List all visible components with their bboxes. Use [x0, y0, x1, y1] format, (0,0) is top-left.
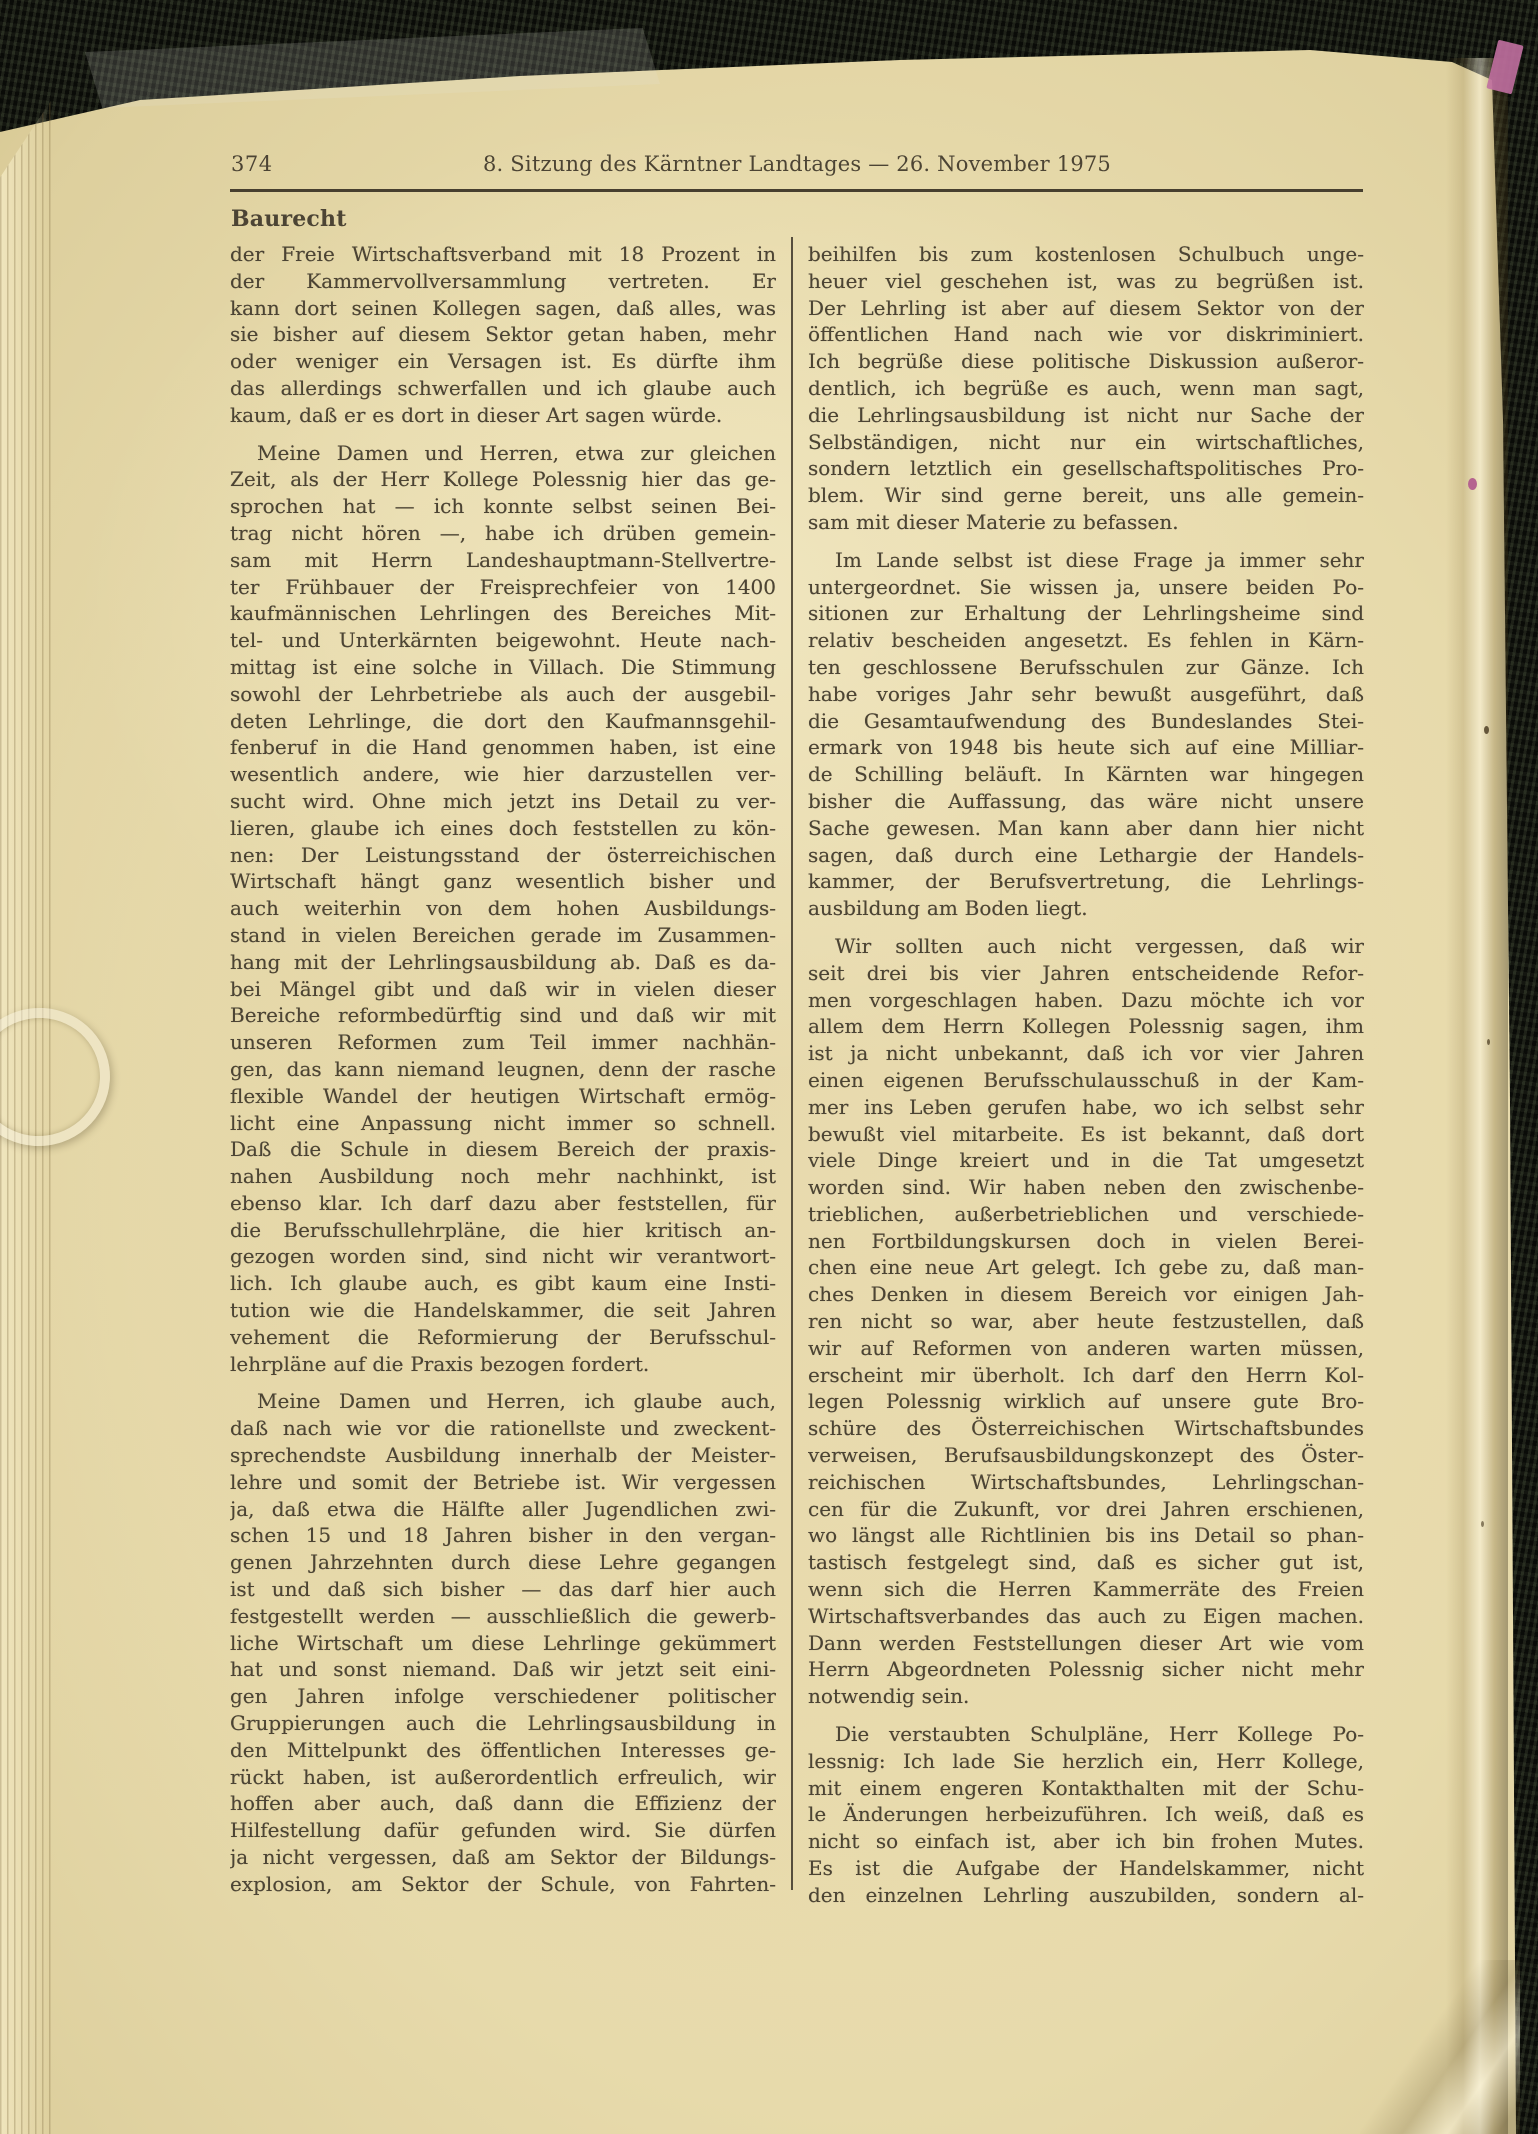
text-line: kann dort seinen Kollegen sagen, daß all… [230, 295, 776, 322]
text-line: mit einem engeren Kontakthalten mit der … [808, 1775, 1364, 1802]
text-line: le Änderungen herbeizuführen. Ich weiß, … [808, 1801, 1364, 1828]
text-line: hat und sonst niemand. Daß wir jetzt sei… [230, 1656, 776, 1683]
text-line: ches Denken in diesem Bereich vor einige… [808, 1281, 1364, 1308]
text-line: Wirtschaftsverbandes das auch zu Eigen m… [808, 1603, 1364, 1630]
text-line: schüre des Österreichischen Wirtschaftsb… [808, 1415, 1364, 1442]
text-line: legen Polessnig wirklich auf unsere gute… [808, 1388, 1364, 1415]
text-line: Meine Damen und Herren, etwa zur gleiche… [230, 440, 776, 467]
text-line: mittag ist eine solche in Villach. Die S… [230, 654, 776, 681]
text-line: nen Fortbildungskursen doch in vielen Be… [808, 1228, 1364, 1255]
text-line: sagen, daß durch eine Lethargie der Hand… [808, 842, 1364, 869]
text-line: seit drei bis vier Jahren entscheidende … [808, 960, 1364, 987]
text-line: dentlich, ich begrüße es auch, wenn man … [808, 375, 1364, 402]
text-line: daß nach wie vor die rationellste und zw… [230, 1415, 776, 1442]
text-line: vehement die Reformierung der Berufsschu… [230, 1324, 776, 1351]
text-line: lessnig: Ich lade Sie herzlich ein, Herr… [808, 1748, 1364, 1775]
text-line: chen eine neue Art gelegt. Ich gebe zu, … [808, 1254, 1364, 1281]
text-line: tel- und Unterkärnten beigewohnt. Heute … [230, 627, 776, 654]
text-line: das allerdings schwerfallen und ich glau… [230, 375, 776, 402]
text-line: Es ist die Aufgabe der Handelskammer, ni… [808, 1855, 1364, 1882]
text-line: beihilfen bis zum kostenlosen Schulbuch … [808, 241, 1364, 268]
text-line: lehrpläne auf die Praxis bezogen fordert… [230, 1351, 776, 1378]
text-line: Dann werden Feststellungen dieser Art wi… [808, 1630, 1364, 1657]
text-line: lehre und somit der Betriebe ist. Wir ve… [230, 1469, 776, 1496]
text-line: ausbildung am Boden liegt. [808, 895, 1364, 922]
text-line: trag nicht hören —, habe ich drüben geme… [230, 520, 776, 547]
text-line: ren nicht so war, aber heute festzustell… [808, 1308, 1364, 1335]
page-number: 374 [231, 152, 273, 176]
text-line: liche Wirtschaft um diese Lehrlinge gekü… [230, 1630, 776, 1657]
paragraph: Wir sollten auch nicht vergessen, daß wi… [808, 933, 1364, 1710]
text-line: nen: Der Leistungsstand der österreichis… [230, 842, 776, 869]
text-line: allem dem Herrn Kollegen Polessnig sagen… [808, 1013, 1364, 1040]
text-line: gezogen worden sind, sind nicht wir vera… [230, 1243, 776, 1270]
text-line: stand in vielen Bereichen gerade im Zusa… [230, 922, 776, 949]
text-line: gen Jahren infolge verschiedener politis… [230, 1683, 776, 1710]
text-line: erscheint mir überholt. Ich darf den Her… [808, 1362, 1364, 1389]
text-line: fenberuf in die Hand genommen haben, ist… [230, 734, 776, 761]
text-line: schen 15 und 18 Jahren bisher in den ver… [230, 1522, 776, 1549]
text-line: verweisen, Berufsausbildungskonzept des … [808, 1442, 1364, 1469]
text-line: den einzelnen Lehrling auszubilden, sond… [808, 1882, 1364, 1909]
text-line: Der Lehrling ist aber auf diesem Sektor … [808, 295, 1364, 322]
text-line: heuer viel geschehen ist, was zu begrüße… [808, 268, 1364, 295]
text-line: de Schilling beläuft. In Kärnten war hin… [808, 761, 1364, 788]
text-line: Meine Damen und Herren, ich glaube auch, [230, 1388, 776, 1415]
text-line: tastisch festgelegt sind, daß es sicher … [808, 1549, 1364, 1576]
text-line: die Lehrlingsausbildung ist nicht nur Sa… [808, 402, 1364, 429]
text-line: Wirtschaft hängt ganz wesentlich bisher … [230, 868, 776, 895]
text-line: kammer, der Berufsvertretung, die Lehrli… [808, 868, 1364, 895]
text-line: explosion, am Sektor der Schule, von Fah… [230, 1871, 776, 1898]
text-line: nicht so einfach ist, aber ich bin frohe… [808, 1828, 1364, 1855]
section-title: Baurecht [231, 206, 347, 232]
paragraph: beihilfen bis zum kostenlosen Schulbuch … [808, 241, 1364, 536]
text-line: Im Lande selbst ist diese Frage ja immer… [808, 547, 1364, 574]
text-line: festgestellt werden — ausschließlich die… [230, 1603, 776, 1630]
text-line: Zeit, als der Herr Kollege Polessnig hie… [230, 466, 776, 493]
text-line: unseren Reformen zum Teil immer nachhän- [230, 1029, 776, 1056]
text-line: sprochen hat — ich konnte selbst seinen … [230, 493, 776, 520]
text-line: wenn sich die Herren Kammerräte des Frei… [808, 1576, 1364, 1603]
text-line: bisher die Auffassung, das wäre nicht un… [808, 788, 1364, 815]
printed-content: 8. Sitzung des Kärntner Landtages — 26. … [0, 0, 1538, 2134]
text-line: ja nicht vergessen, daß am Sektor der Bi… [230, 1844, 776, 1871]
text-line: wesentlich andere, wie hier darzustellen… [230, 761, 776, 788]
text-line: Gruppierungen auch die Lehrlingsausbildu… [230, 1710, 776, 1737]
text-line: Sache gewesen. Man kann aber dann hier n… [808, 815, 1364, 842]
text-line: sprechendste Ausbildung innerhalb der Me… [230, 1442, 776, 1469]
text-line: deten Lehrlinge, die dort den Kaufmannsg… [230, 708, 776, 735]
text-line: Hilfestellung dafür gefunden wird. Sie d… [230, 1817, 776, 1844]
text-line: flexible Wandel der heutigen Wirtschaft … [230, 1083, 776, 1110]
text-line: sitionen zur Erhaltung der Lehrlingsheim… [808, 600, 1364, 627]
text-line: einen eigenen Berufsschulausschuß in der… [808, 1067, 1364, 1094]
text-line: cen für die Zukunft, vor drei Jahren ers… [808, 1496, 1364, 1523]
column-divider [791, 237, 793, 1890]
text-line: notwendig sein. [808, 1683, 1364, 1710]
text-line: ist und daß sich bisher — das darf hier … [230, 1576, 776, 1603]
text-line: kaufmännischen Lehrlingen des Bereiches … [230, 600, 776, 627]
text-line: auch weiterhin von dem hohen Ausbildungs… [230, 895, 776, 922]
text-line: der Freie Wirtschaftsverband mit 18 Proz… [230, 241, 776, 268]
paragraph: Die verstaubten Schulpläne, Herr Kollege… [808, 1721, 1364, 1909]
text-line: worden sind. Wir haben neben den zwische… [808, 1174, 1364, 1201]
text-line: trieblichen, außerbetrieblichen und vers… [808, 1201, 1364, 1228]
text-line: men vorgeschlagen haben. Dazu möchte ich… [808, 987, 1364, 1014]
text-line: viele Dinge kreiert und in die Tat umges… [808, 1147, 1364, 1174]
header-rule [230, 189, 1363, 192]
text-line: sie bisher auf diesem Sektor getan haben… [230, 321, 776, 348]
text-line: Daß die Schule in diesem Bereich der pra… [230, 1136, 776, 1163]
text-line: der Kammervollversammlung vertreten. Er [230, 268, 776, 295]
text-line: nahen Ausbildung noch mehr nachhinkt, is… [230, 1163, 776, 1190]
paragraph: Meine Damen und Herren, ich glaube auch,… [230, 1388, 776, 1897]
text-line: sondern letztlich ein gesellschaftspolit… [808, 455, 1364, 482]
text-line: Ich begrüße diese politische Diskussion … [808, 348, 1364, 375]
text-line: sowohl der Lehrbetriebe als auch der aus… [230, 681, 776, 708]
text-line: ten geschlossene Berufsschulen zur Gänze… [808, 654, 1364, 681]
text-line: genen Jahrzehnten durch diese Lehre gega… [230, 1549, 776, 1576]
text-line: reichischen Wirtschaftsbundes, Lehrlings… [808, 1469, 1364, 1496]
text-line: untergeordnet. Sie wissen ja, unsere bei… [808, 574, 1364, 601]
text-line: bewußt viel mitarbeite. Es ist bekannt, … [808, 1121, 1364, 1148]
text-line: sam mit Herrn Landeshauptmann-Stellvertr… [230, 547, 776, 574]
scanned-document-page: 8. Sitzung des Kärntner Landtages — 26. … [0, 0, 1538, 2134]
text-line: mer ins Leben gerufen habe, wo ich selbs… [808, 1094, 1364, 1121]
text-line: rückt haben, ist außerordentlich erfreul… [230, 1764, 776, 1791]
text-line: ter Frühbauer der Freisprechfeier von 14… [230, 574, 776, 601]
text-line: ebenso klar. Ich darf dazu aber feststel… [230, 1190, 776, 1217]
text-line: habe voriges Jahr sehr bewußt ausgeführt… [808, 681, 1364, 708]
text-line: relativ bescheiden angesetzt. Es fehlen … [808, 627, 1364, 654]
text-line: ja, daß etwa die Hälfte aller Jugendlich… [230, 1496, 776, 1523]
text-line: oder weniger ein Versagen ist. Es dürfte… [230, 348, 776, 375]
text-line: Selbständigen, nicht nur ein wirtschaftl… [808, 429, 1364, 456]
right-column: beihilfen bis zum kostenlosen Schulbuch … [808, 241, 1364, 1920]
text-line: hoffen aber auch, daß dann die Effizienz… [230, 1790, 776, 1817]
text-line: sucht wird. Ohne mich jetzt ins Detail z… [230, 788, 776, 815]
text-line: gen, das kann niemand leugnen, denn der … [230, 1056, 776, 1083]
paragraph: der Freie Wirtschaftsverband mit 18 Proz… [230, 241, 776, 429]
text-line: lieren, glaube ich eines doch feststelle… [230, 815, 776, 842]
text-line: blem. Wir sind gerne bereit, uns alle ge… [808, 482, 1364, 509]
text-line: hang mit der Lehrlingsausbildung ab. Daß… [230, 949, 776, 976]
text-line: lich. Ich glaube auch, es gibt kaum eine… [230, 1270, 776, 1297]
text-line: Bereiche reformbedürftig sind und daß wi… [230, 1002, 776, 1029]
text-line: öffentlichen Hand nach wie vor diskrimin… [808, 321, 1364, 348]
text-line: Herrn Abgeordneten Polessnig sicher nich… [808, 1656, 1364, 1683]
text-line: tution wie die Handelskammer, die seit J… [230, 1297, 776, 1324]
text-line: ermark von 1948 bis heute sich auf eine … [808, 734, 1364, 761]
text-line: bei Mängel gibt und daß wir in vielen di… [230, 976, 776, 1003]
text-line: Wir sollten auch nicht vergessen, daß wi… [808, 933, 1364, 960]
text-line: kaum, daß er es dort in dieser Art sagen… [230, 402, 776, 429]
text-line: die Berufsschullehrpläne, die hier kriti… [230, 1217, 776, 1244]
paragraph: Im Lande selbst ist diese Frage ja immer… [808, 547, 1364, 922]
text-line: ist ja nicht unbekannt, daß ich vor vier… [808, 1040, 1364, 1067]
text-line: den Mittelpunkt des öffentlichen Interes… [230, 1737, 776, 1764]
text-line: sam mit dieser Materie zu befassen. [808, 509, 1364, 536]
text-line: die Gesamtaufwendung des Bundeslandes St… [808, 708, 1364, 735]
session-header: 8. Sitzung des Kärntner Landtages — 26. … [231, 152, 1363, 176]
left-column: der Freie Wirtschaftsverband mit 18 Proz… [230, 241, 776, 1909]
paragraph: Meine Damen und Herren, etwa zur gleiche… [230, 440, 776, 1378]
text-line: wo längst alle Richtlinien bis ins Detai… [808, 1522, 1364, 1549]
text-line: licht eine Anpassung nicht immer so schn… [230, 1110, 776, 1137]
text-line: Die verstaubten Schulpläne, Herr Kollege… [808, 1721, 1364, 1748]
text-line: wir auf Reformen von anderen warten müss… [808, 1335, 1364, 1362]
